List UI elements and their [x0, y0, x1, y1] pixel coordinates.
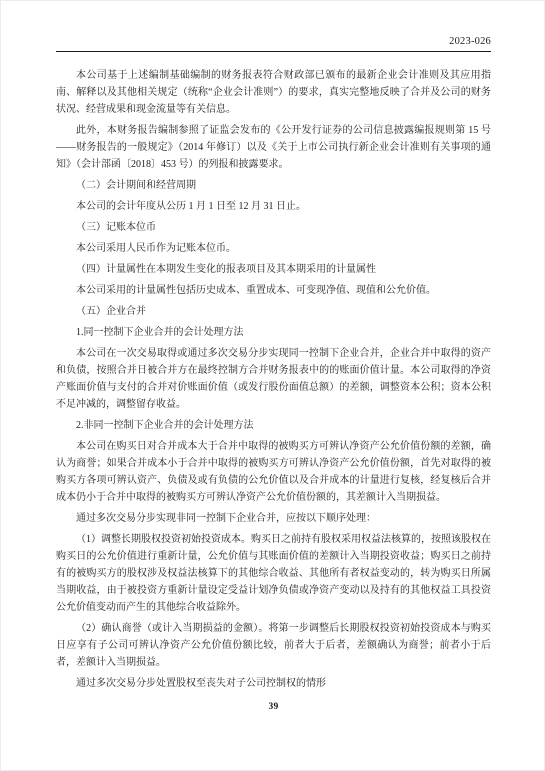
subsection-heading: 2.非同一控制下企业合并的会计处理方法	[56, 417, 491, 434]
document-page: 2023-026 本公司基于上述编制基础编制的财务报表符合财政部已颁布的最新企业…	[0, 0, 545, 771]
body-paragraph: 本公司采用的计量属性包括历史成本、重置成本、可变现净值、现值和公允价值。	[56, 282, 491, 299]
body-paragraph: 本公司在一次交易取得或通过多次交易分步实现同一控制下企业合并，企业合并中取得的资…	[56, 345, 491, 413]
body-paragraph: 此外，本财务报告编制参照了证监会发布的《公开发行证券的公司信息披露编报规则第 1…	[56, 122, 491, 173]
body-paragraph: （2）确认商誉（或计入当期损益的金额）。将第一步调整后长期股权投资初始投资成本与…	[56, 620, 491, 671]
page-number: 39	[1, 702, 545, 712]
body-paragraph: （1）调整长期股权投资初始投资成本。购买日之前持有股权采用权益法核算的，按照该股…	[56, 531, 491, 616]
section-heading: （三）记账本位币	[56, 219, 491, 236]
body-paragraph: 本公司在购买日对合并成本大于合并中取得的被购买方可辨认净资产公允价值份额的差额，…	[56, 438, 491, 506]
doc-code: 2023-026	[56, 35, 491, 49]
body-paragraph: 本公司的会计年度从公历 1 月 1 日至 12 月 31 日止。	[56, 198, 491, 215]
body-paragraph: 本公司基于上述编制基础编制的财务报表符合财政部已颁布的最新企业会计准则及其应用指…	[56, 67, 491, 118]
header-rule	[56, 51, 491, 52]
document-body: 本公司基于上述编制基础编制的财务报表符合财政部已颁布的最新企业会计准则及其应用指…	[56, 63, 491, 696]
section-heading: （二）会计期间和经营周期	[56, 177, 491, 194]
body-paragraph: 通过多次交易分步实现非同一控制下企业合并，应按以下顺序处理：	[56, 510, 491, 527]
subsection-heading: 1.同一控制下企业合并的会计处理方法	[56, 324, 491, 341]
section-heading: （五）企业合并	[56, 303, 491, 320]
body-paragraph: 本公司采用人民币作为记账本位币。	[56, 240, 491, 257]
section-heading: （四）计量属性在本期发生变化的报表项目及其本期采用的计量属性	[56, 261, 491, 278]
body-paragraph: 通过多次交易分步处置股权至丧失对子公司控制权的情形	[56, 675, 491, 692]
